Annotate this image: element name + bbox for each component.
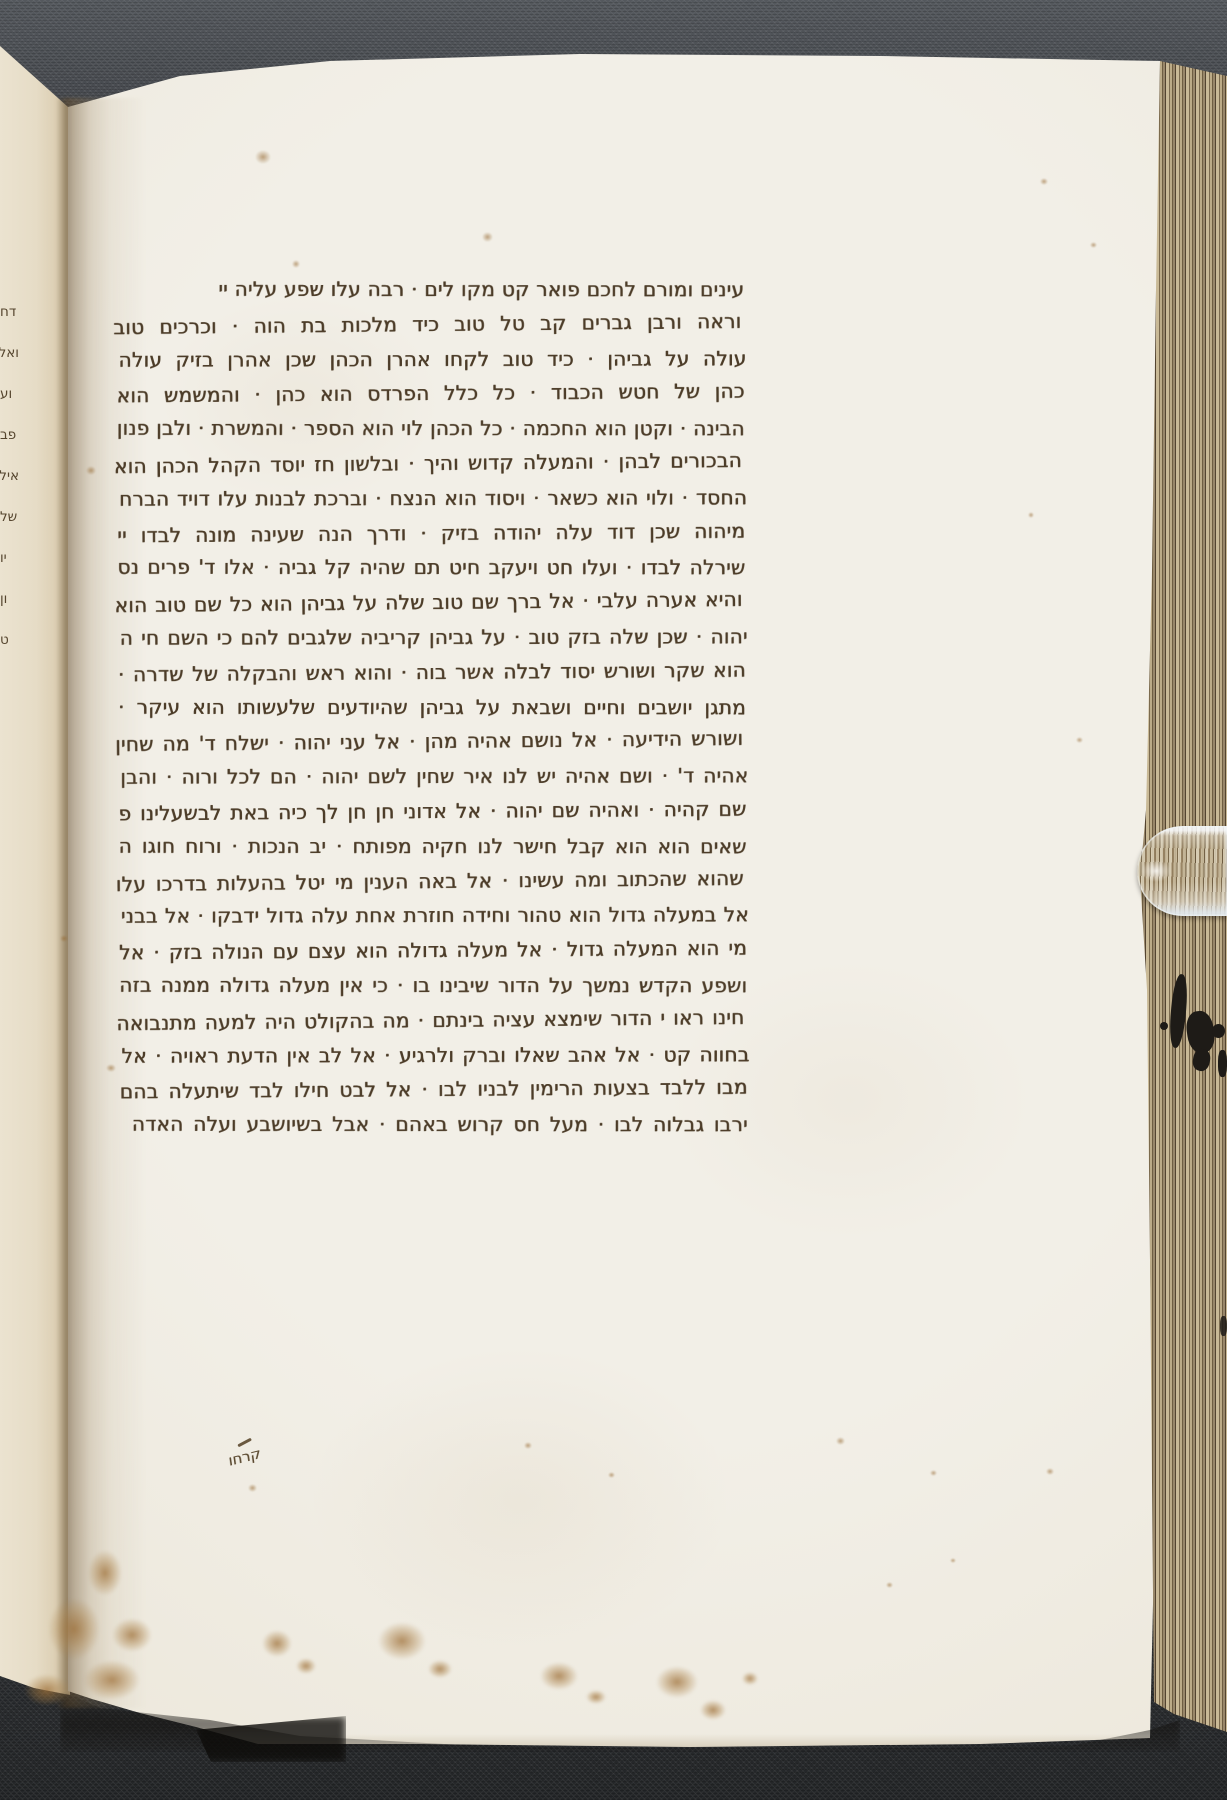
fore-edge-ink-blotch (1220, 1316, 1227, 1336)
text-line: מבו ללבד בצעות הרימין לבניו לבו · אל לבט… (120, 1070, 748, 1110)
fragment: ואל (0, 333, 19, 374)
text-line: שם קהיה · ואהיה שם יהוה · אל אדוני חן חן… (118, 792, 746, 832)
text-line: שירלה לבדו · ועלו חט ויעקב חיט תם שהיה ק… (117, 550, 745, 585)
fragment: יו (0, 538, 19, 579)
text-block: עינים ומורם לחכם פואר קט מקו לים · רבה ע… (116, 271, 748, 1144)
fragment: איל (0, 456, 19, 497)
text-line: שאים הוא הוא קבל חישר לנו חקיה מפותח · י… (119, 828, 747, 863)
text-line: הבינה · וקטן הוא החכמה · כל הכהן לוי הוא… (117, 411, 745, 446)
text-line: ירבו גבלוה לבו · מעל חס קרוש באהם · אבל … (120, 1107, 748, 1142)
text-line: חינו ראו י הדור שימצא עציה בינתם · מה בה… (116, 1000, 744, 1041)
text-line: עינים ומורם לחכם פואר קט מקו לים · רבה ע… (116, 272, 744, 307)
text-line: הוא שקר ושורש יסוד לבלה אשר בוה · והוא ר… (118, 652, 746, 692)
text-line: ושפע הקדש נמשך על הדור שיבינו בו · כי אי… (119, 968, 747, 1003)
fragment: וע (0, 374, 19, 415)
fore-edge-ink-blotch (1160, 1022, 1168, 1030)
glass-page-weight (1137, 826, 1227, 916)
text-line: אהיה ד' · ושם אהיה יש לנו איר שחין לשם י… (120, 758, 748, 794)
text-line: החסד · ולוי הוא כשאר · ויסוד הוא הנצח · … (119, 480, 747, 516)
facing-page-text-fragments: דח ואל וע פב איל של יו ון ט (0, 292, 19, 661)
text-line: בחווה קט · אל אהב שאלו וברק ולרגיע · אל … (121, 1037, 749, 1073)
text-line: כהן של חטש הכבוד · כל כלל הפרדס הוא כהן … (117, 374, 745, 414)
text-line: אל במעלה גדול הוא טהור וחידה חוזרת אחת ע… (121, 898, 749, 934)
text-line: והיא אערה עלבי · אל ברך שם טוב שלה על גב… (114, 582, 742, 623)
text-line: ושורש הידיעה · אל נושם אהיה מהן · אל עני… (115, 721, 743, 762)
fragment: דח (0, 292, 19, 333)
text-line: עולה על גביהן · כיד טוב לקחו אהרן הכהן ש… (118, 341, 746, 377)
fragment: ט (0, 620, 19, 661)
fore-edge-ink-blotch (1212, 1024, 1225, 1038)
text-line: הבכורים לבהן · והמעלה קדוש והיך · ובלשון… (114, 443, 742, 484)
fore-edge-ink-blotch (1218, 1050, 1227, 1077)
fragment: פב (0, 415, 19, 456)
text-line: יהוה · שכן שלה בזק טוב · על גביהן קריביה… (120, 619, 748, 655)
text-line: וראה ורבן גברים קב טל טוב כיד מלכות בת ה… (113, 304, 741, 345)
fragment: ון (0, 579, 19, 620)
text-line: מיהוה שכן דוד עלה יהודה בזיק · ודרך הנה … (117, 513, 745, 553)
manuscript-photo: דח ואל וע פב איל של יו ון ט עינים ומורם … (0, 0, 1227, 1800)
text-line: שהוא שהכתוב ומה עשינו · אל באה הענין מי … (116, 860, 744, 901)
text-line: מי הוא המעלה גדול · אל מעלה גדולה הוא עצ… (119, 931, 747, 971)
fragment: של (0, 497, 19, 538)
text-line: מתגן יושבים וחיים ושבאת על גביהן שהיודעי… (118, 689, 746, 724)
